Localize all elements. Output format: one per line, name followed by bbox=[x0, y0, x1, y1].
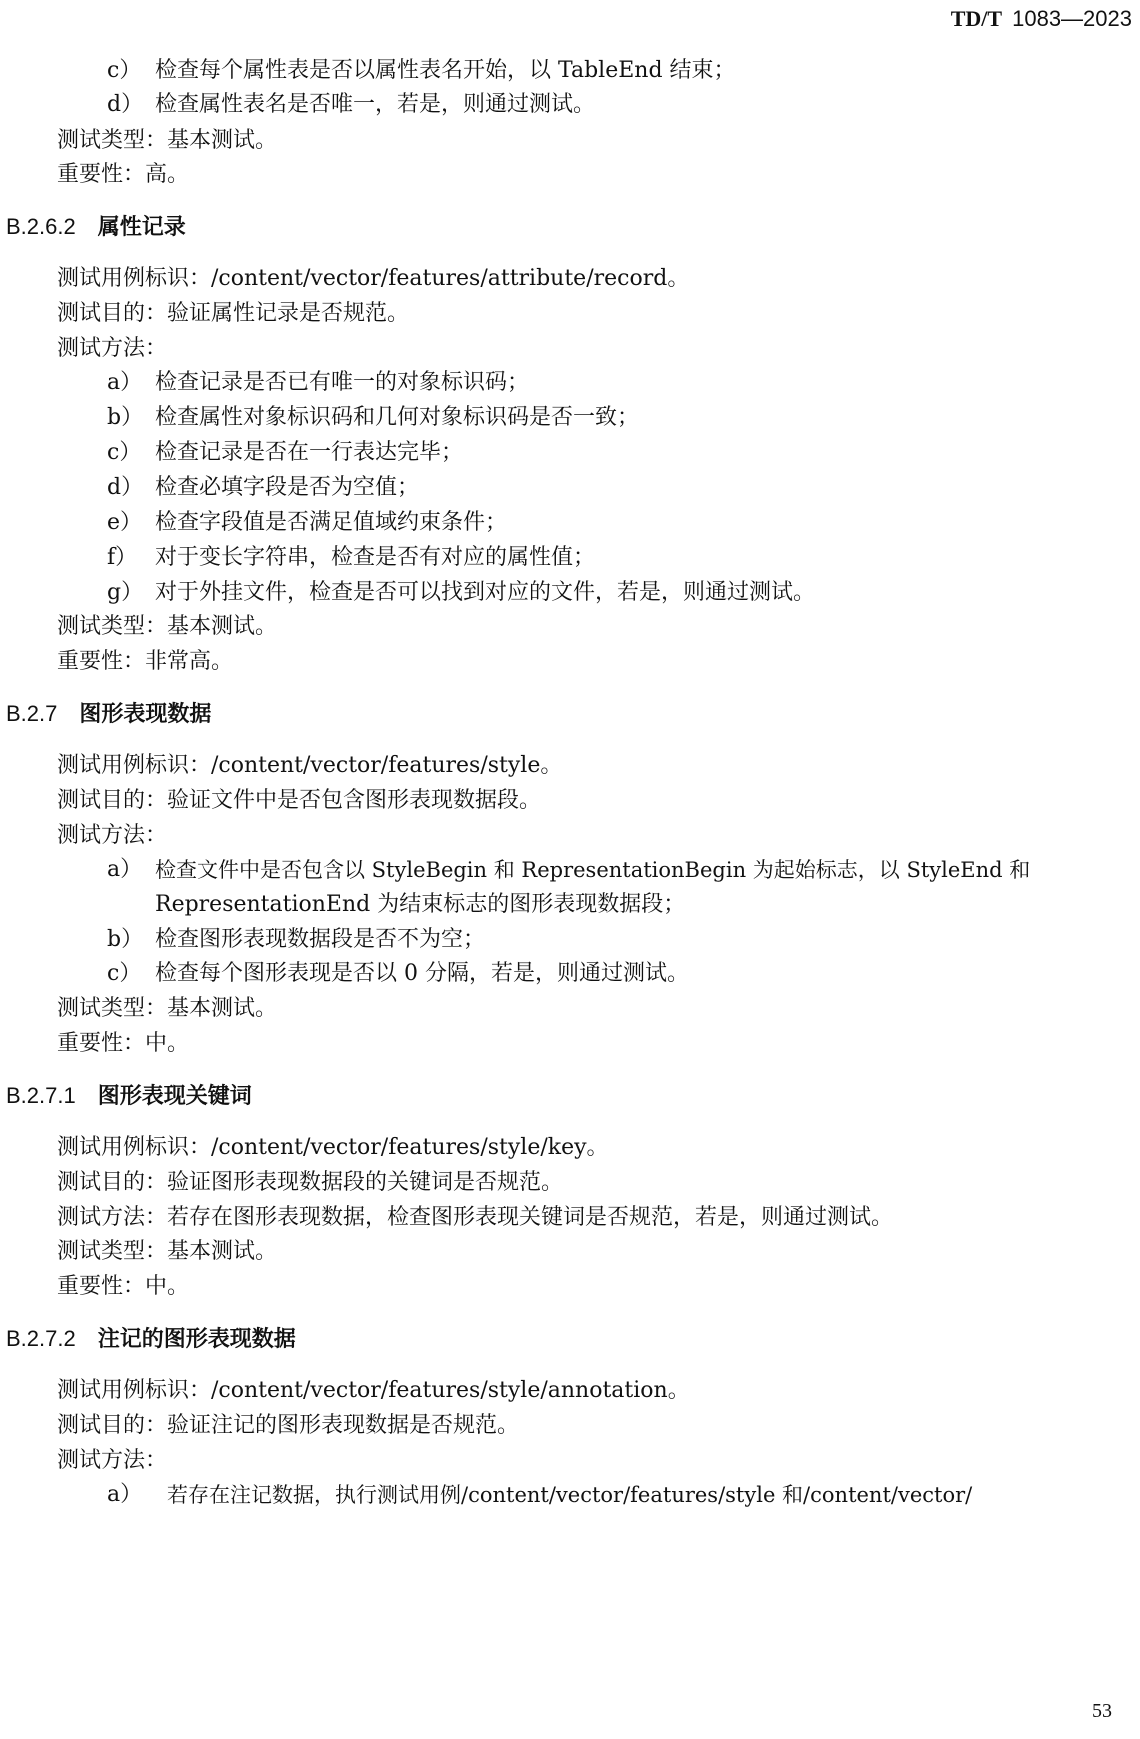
list-label: e） bbox=[107, 510, 142, 536]
list-label: b） bbox=[107, 405, 143, 431]
section-number: B.2.7.1 bbox=[6, 1083, 76, 1108]
list-item-text: 检查记录是否在一行表达完毕； bbox=[155, 440, 463, 466]
list-item-text: 检查每个图形表现是否以 0 分隔，若是，则通过测试。 bbox=[155, 961, 689, 987]
section-number: B.2.7.2 bbox=[6, 1326, 76, 1351]
list-item-text: 检查图形表现数据段是否不为空； bbox=[155, 927, 485, 953]
test-type: 测试类型：基本测试。 bbox=[57, 996, 277, 1022]
list-item-text: 若存在注记数据，执行测试用例/content/vector/features/s… bbox=[167, 1482, 972, 1508]
list-item-text-continued: RepresentationEnd 为结束标志的图形表现数据段； bbox=[155, 892, 685, 918]
importance: 重要性：高。 bbox=[57, 162, 189, 188]
list-label: g） bbox=[107, 580, 143, 606]
section-heading-b272: B.2.7.2注记的图形表现数据 bbox=[6, 1326, 296, 1353]
list-item-text: 检查属性对象标识码和几何对象标识码是否一致； bbox=[155, 405, 639, 431]
section-heading-b271: B.2.7.1图形表现关键词 bbox=[6, 1083, 252, 1110]
test-type: 测试类型：基本测试。 bbox=[57, 128, 277, 154]
test-purpose: 测试目的：验证文件中是否包含图形表现数据段。 bbox=[57, 788, 541, 814]
list-label: b） bbox=[107, 927, 143, 953]
list-item-text: 检查必填字段是否为空值； bbox=[155, 475, 419, 501]
list-item-text: 对于外挂文件，检查是否可以找到对应的文件，若是，则通过测试。 bbox=[155, 580, 815, 606]
section-title: 图形表现关键词 bbox=[98, 1084, 252, 1109]
list-item-text: 检查字段值是否满足值域约束条件； bbox=[155, 510, 507, 536]
test-purpose: 测试目的：验证属性记录是否规范。 bbox=[57, 301, 409, 327]
page-header: TD/T1083—2023 bbox=[951, 6, 1132, 32]
list-label: c） bbox=[107, 961, 141, 987]
list-item-text: 检查属性表名是否唯一，若是，则通过测试。 bbox=[155, 92, 595, 118]
list-item-text: 检查文件中是否包含以 StyleBegin 和 RepresentationBe… bbox=[155, 857, 1030, 883]
section-title: 图形表现数据 bbox=[79, 702, 211, 727]
test-case-id: 测试用例标识：/content/vector/features/style/ke… bbox=[57, 1135, 609, 1161]
standard-code: TD/T bbox=[951, 6, 1002, 31]
list-item-text: 对于变长字符串，检查是否有对应的属性值； bbox=[155, 545, 595, 571]
section-heading-b27: B.2.7图形表现数据 bbox=[6, 701, 211, 728]
standard-number: 1083—2023 bbox=[1012, 6, 1132, 31]
list-label: a） bbox=[107, 857, 142, 883]
test-case-id: 测试用例标识：/content/vector/features/attribut… bbox=[57, 266, 689, 292]
section-title: 注记的图形表现数据 bbox=[98, 1327, 296, 1352]
test-case-id: 测试用例标识：/content/vector/features/style。 bbox=[57, 753, 562, 779]
list-label: a） bbox=[107, 1482, 142, 1508]
section-number: B.2.7 bbox=[6, 701, 57, 726]
test-method: 测试方法：若存在图形表现数据，检查图形表现关键词是否规范，若是，则通过测试。 bbox=[57, 1205, 893, 1231]
importance: 重要性：中。 bbox=[57, 1274, 189, 1300]
list-item-text: 检查记录是否已有唯一的对象标识码； bbox=[155, 370, 529, 396]
list-label: f） bbox=[107, 545, 137, 571]
test-purpose: 测试目的：验证注记的图形表现数据是否规范。 bbox=[57, 1413, 519, 1439]
list-label: c） bbox=[107, 58, 141, 84]
test-method: 测试方法： bbox=[57, 336, 167, 362]
test-method: 测试方法： bbox=[57, 823, 167, 849]
list-label: d） bbox=[107, 475, 143, 501]
test-method: 测试方法： bbox=[57, 1448, 167, 1474]
section-title: 属性记录 bbox=[98, 215, 186, 240]
list-item-text: 检查每个属性表是否以属性表名开始，以 TableEnd 结束； bbox=[155, 58, 736, 84]
importance: 重要性：中。 bbox=[57, 1031, 189, 1057]
test-type: 测试类型：基本测试。 bbox=[57, 614, 277, 640]
section-number: B.2.6.2 bbox=[6, 214, 76, 239]
test-case-id: 测试用例标识：/content/vector/features/style/an… bbox=[57, 1378, 690, 1404]
list-label: d） bbox=[107, 92, 143, 118]
list-label: a） bbox=[107, 370, 142, 396]
importance: 重要性：非常高。 bbox=[57, 649, 233, 675]
test-purpose: 测试目的：验证图形表现数据段的关键词是否规范。 bbox=[57, 1170, 563, 1196]
section-heading-b262: B.2.6.2属性记录 bbox=[6, 214, 186, 241]
test-type: 测试类型：基本测试。 bbox=[57, 1239, 277, 1265]
list-label: c） bbox=[107, 440, 141, 466]
page-number: 53 bbox=[1092, 1700, 1112, 1723]
